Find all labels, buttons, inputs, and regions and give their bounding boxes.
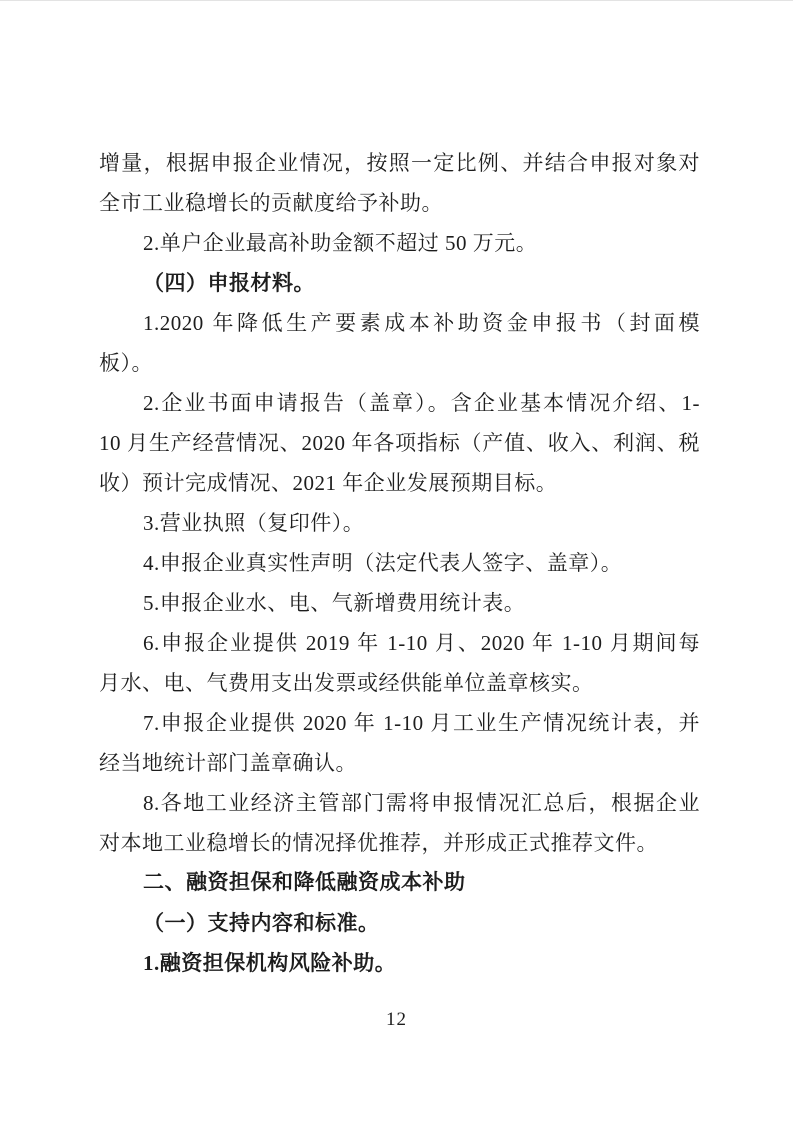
list-item-line: 8.各地工业经济主管部门需将申报情况汇总后，根据企业: [99, 783, 700, 823]
document-page: 增量，根据申报企业情况，按照一定比例、并结合申报对象对 全市工业稳增长的贡献度给…: [0, 0, 793, 1123]
document-body: 增量，根据申报企业情况，按照一定比例、并结合申报对象对 全市工业稳增长的贡献度给…: [99, 143, 700, 983]
body-line: 对本地工业稳增长的情况择优推荐，并形成正式推荐文件。: [99, 823, 700, 863]
body-line: 全市工业稳增长的贡献度给予补助。: [99, 183, 700, 223]
list-item-line: 5.申报企业水、电、气新增费用统计表。: [99, 583, 700, 623]
body-line: 增量，根据申报企业情况，按照一定比例、并结合申报对象对: [99, 143, 700, 183]
page-number: 12: [0, 1000, 793, 1040]
item-heading: 1.融资担保机构风险补助。: [99, 943, 700, 983]
section-heading: 二、融资担保和降低融资成本补助: [99, 863, 700, 903]
list-item-line: 2.企业书面申请报告（盖章）。含企业基本情况介绍、1-: [99, 383, 700, 423]
subsection-heading: （四）申报材料。: [99, 263, 700, 303]
body-line: 10 月生产经营情况、2020 年各项指标（产值、收入、利润、税: [99, 423, 700, 463]
list-item-line: 3.营业执照（复印件）。: [99, 503, 700, 543]
body-line: 月水、电、气费用支出发票或经供能单位盖章核实。: [99, 663, 700, 703]
subsection-heading: （一）支持内容和标准。: [99, 903, 700, 943]
list-item-line: 1.2020 年降低生产要素成本补助资金申报书（封面模: [99, 303, 700, 343]
body-line: 收）预计完成情况、2021 年企业发展预期目标。: [99, 463, 700, 503]
list-item-line: 7.申报企业提供 2020 年 1-10 月工业生产情况统计表，并: [99, 703, 700, 743]
list-item-line: 6.申报企业提供 2019 年 1-10 月、2020 年 1-10 月期间每: [99, 623, 700, 663]
list-item-line: 2.单户企业最高补助金额不超过 50 万元。: [99, 223, 700, 263]
body-line: 板）。: [99, 343, 700, 383]
list-item-line: 4.申报企业真实性声明（法定代表人签字、盖章）。: [99, 543, 700, 583]
body-line: 经当地统计部门盖章确认。: [99, 743, 700, 783]
